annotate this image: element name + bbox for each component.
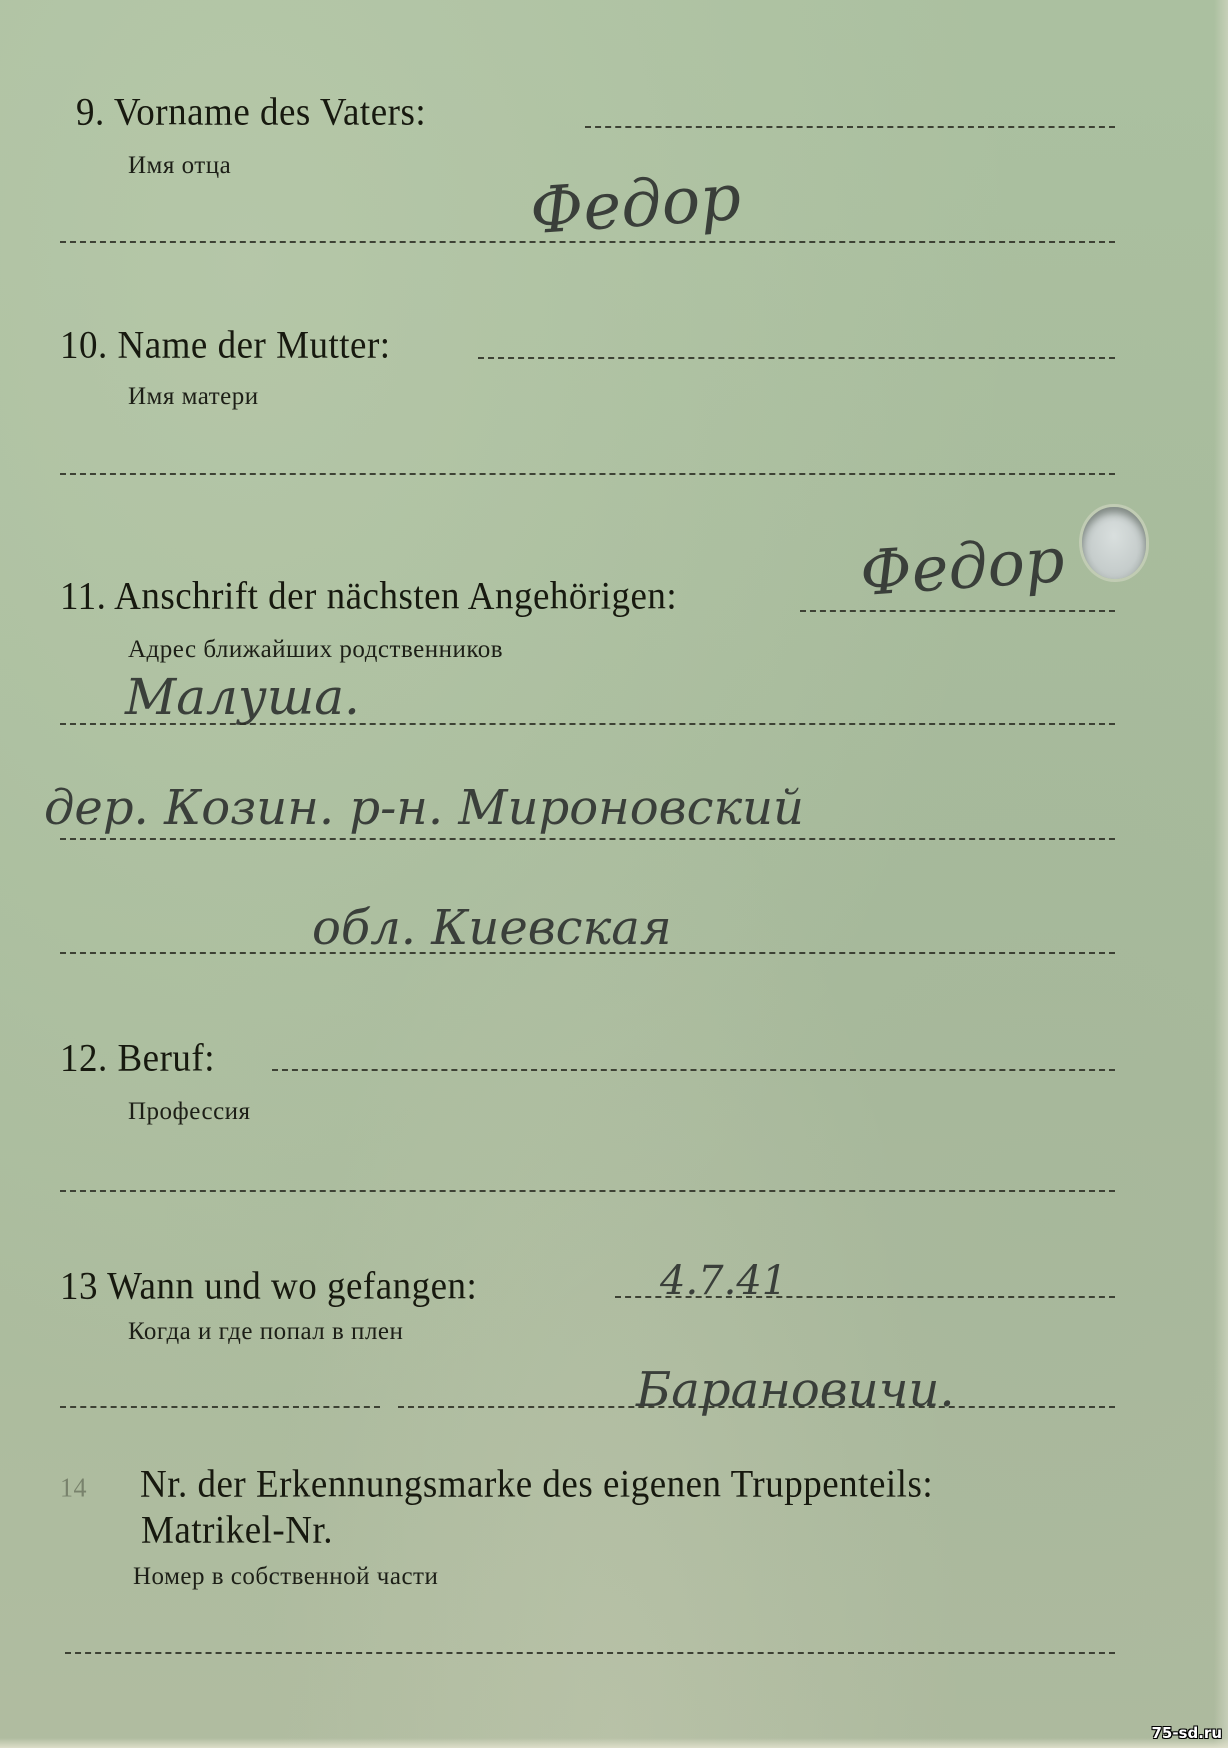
field-11-label-text: Anschrift der nächsten Angehörigen: bbox=[114, 575, 677, 618]
field-9-rule-2 bbox=[60, 241, 1115, 243]
field-9-handwritten-father-name: Федор bbox=[528, 161, 744, 250]
field-11-handwritten-village: дер. Козин. р-н. Мироновский bbox=[44, 780, 804, 836]
field-9-label-ru: Имя отца bbox=[128, 152, 231, 180]
field-10-label-ru: Имя матери bbox=[128, 383, 259, 411]
field-10-number: 10. bbox=[60, 324, 108, 367]
site-watermark: 75-sd.ru bbox=[1151, 1724, 1222, 1742]
field-13-label-text: Wann und wo gefangen: bbox=[107, 1265, 477, 1308]
field-11-rule-1 bbox=[800, 610, 1115, 612]
paper-edge-right bbox=[1214, 0, 1228, 1748]
field-14-label-text: Nr. der Erkennungsmarke des eigenen Trup… bbox=[140, 1463, 933, 1506]
field-13-handwritten-date: 4.7.41 bbox=[660, 1258, 787, 1304]
field-9-label-text: Vorname des Vaters: bbox=[114, 91, 426, 134]
field-13-rule-2b bbox=[398, 1406, 1115, 1408]
field-10-rule-2 bbox=[60, 473, 1115, 475]
field-11-rule-4 bbox=[60, 952, 1115, 954]
field-14-rule-1 bbox=[65, 1652, 1115, 1654]
field-11-rule-2 bbox=[60, 723, 1115, 725]
field-12-number: 12. bbox=[60, 1037, 108, 1080]
field-14-label-de-2: Matrikel-Nr. bbox=[141, 1508, 333, 1553]
field-14-number: 14 bbox=[60, 1473, 140, 1505]
field-13-label-ru: Когда и где попал в плен bbox=[128, 1318, 403, 1346]
paper-edge-bottom bbox=[0, 1738, 1228, 1748]
field-12-label-text: Beruf: bbox=[118, 1037, 216, 1080]
field-10-rule-1 bbox=[478, 357, 1115, 359]
field-11-number: 11. bbox=[60, 575, 106, 618]
field-13-number: 13 bbox=[60, 1265, 98, 1308]
field-10-label-text: Name der Mutter: bbox=[118, 324, 391, 367]
field-11-handwritten-oblast: обл. Киевская bbox=[312, 900, 672, 956]
field-9-label-de: 9. Vorname des Vaters: bbox=[76, 90, 426, 135]
field-14-label-ru: Номер в собственной части bbox=[133, 1563, 438, 1591]
field-12-rule-1 bbox=[272, 1069, 1115, 1071]
punch-hole bbox=[1082, 507, 1146, 579]
field-11-label-de: 11. Anschrift der nächsten Angehörigen: bbox=[60, 574, 677, 619]
field-13-handwritten-place: Барановичи. bbox=[636, 1362, 955, 1418]
field-12-label-de: 12. Beruf: bbox=[60, 1036, 215, 1081]
field-14-label-de: 14Nr. der Erkennungsmarke des eigenen Tr… bbox=[60, 1462, 933, 1507]
field-11-rule-3 bbox=[60, 838, 1115, 840]
field-11-handwritten-name: Малуша. bbox=[125, 668, 360, 726]
field-12-rule-2 bbox=[60, 1190, 1115, 1192]
field-11-handwritten-first-name: Федор bbox=[858, 523, 1067, 610]
field-13-rule-2a bbox=[60, 1406, 380, 1408]
field-9-rule-1 bbox=[585, 126, 1115, 128]
field-13-label-de: 13 Wann und wo gefangen: bbox=[60, 1264, 477, 1309]
field-10-label-de: 10. Name der Mutter: bbox=[60, 323, 391, 368]
field-11-label-ru: Адрес ближайших родственников bbox=[128, 636, 503, 664]
field-9-number: 9. bbox=[76, 91, 105, 134]
field-12-label-ru: Профессия bbox=[128, 1098, 251, 1126]
